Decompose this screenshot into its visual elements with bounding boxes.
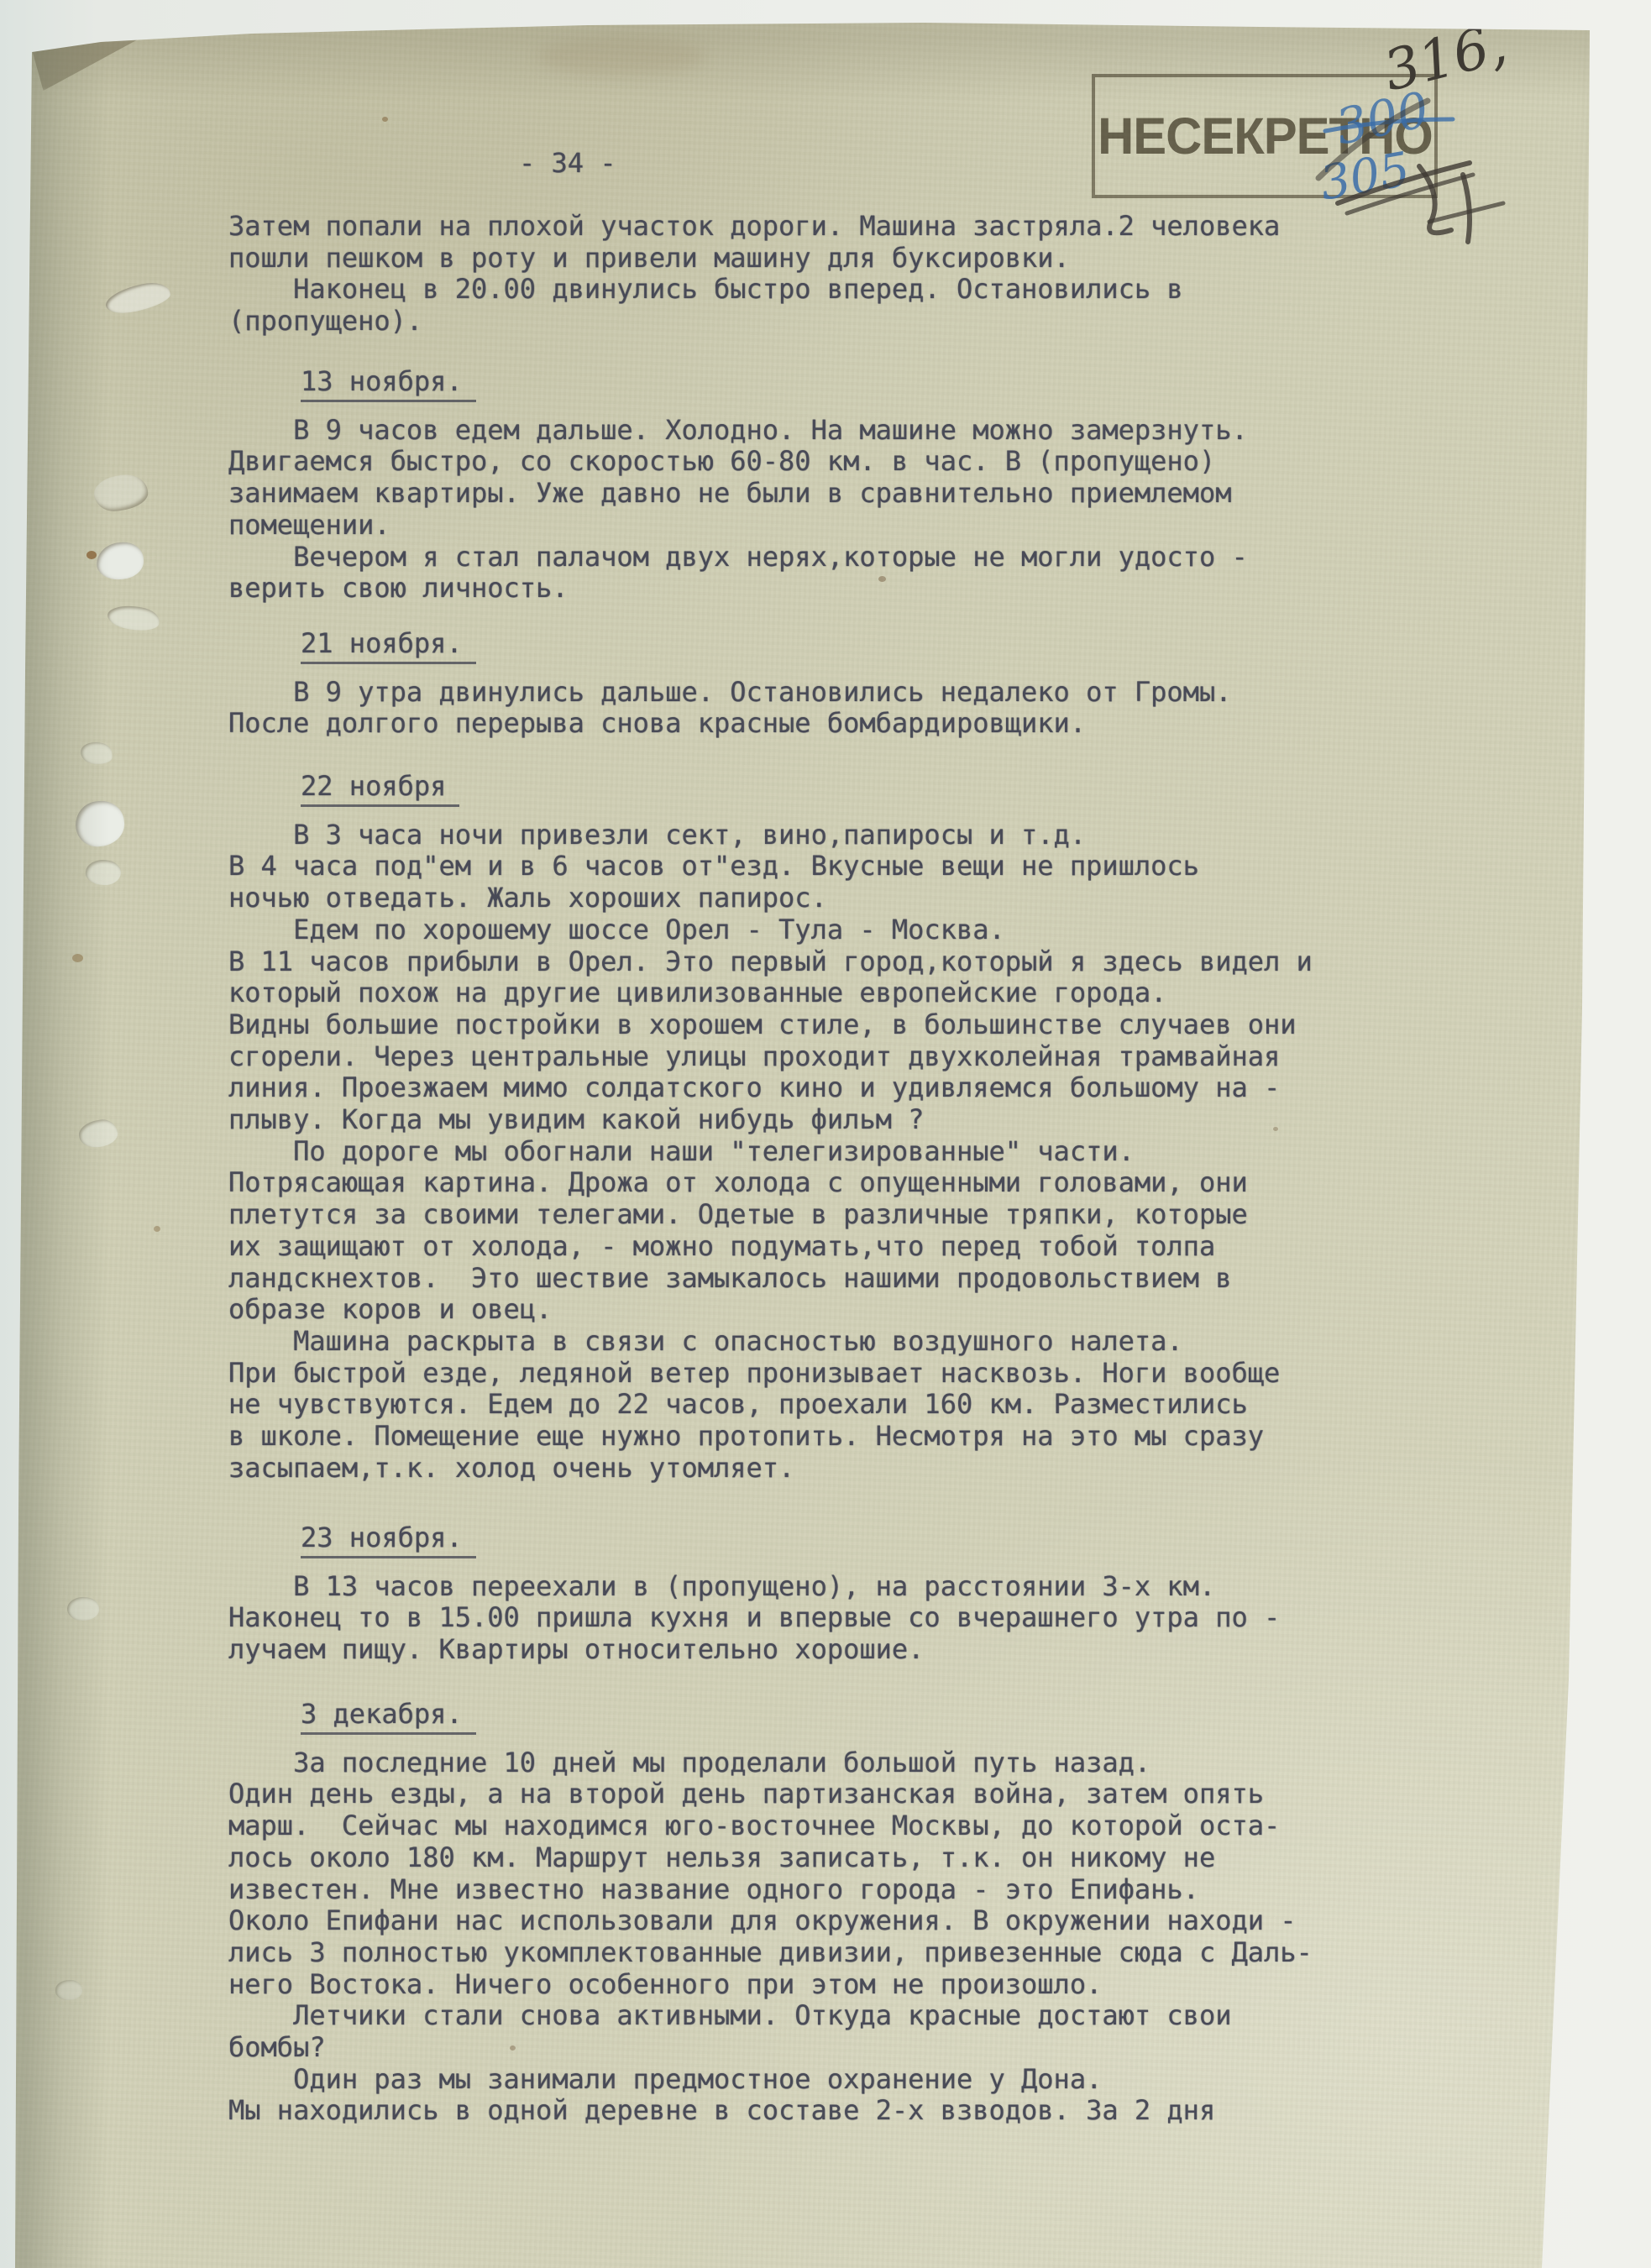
page-number: - 34 - (519, 148, 616, 180)
stain-speck (382, 117, 388, 122)
diary-entry-continuation: Затем попали на плохой участок дороги. М… (228, 211, 1404, 338)
unclassified-stamp: НЕСЕКРЕТНО (1092, 74, 1438, 198)
entry-text: Затем попали на плохой участок дороги. М… (228, 211, 1404, 338)
diary-entry-nov-21: 21 ноября. В 9 утра двинулись дальше. Ос… (228, 628, 1404, 740)
stain-smudge (537, 37, 705, 76)
unclassified-stamp-text: НЕСЕКРЕТНО (1098, 107, 1433, 165)
diary-entry-dec-3: 3 декабря. За последние 10 дней мы проде… (228, 1699, 1404, 2127)
entry-date-heading: 21 ноября. (301, 628, 476, 664)
paper-hole (106, 602, 161, 633)
paper-hole (92, 473, 149, 513)
entry-date-heading: 3 декабря. (301, 1699, 476, 1735)
paper-hole (66, 1596, 100, 1622)
scanned-document-page: { "scan": { "stamp_text": "НЕСЕКРЕТНО", … (0, 0, 1651, 2268)
entry-date-heading: 13 ноября. (301, 366, 476, 402)
entry-date-heading: 22 ноября (301, 771, 459, 807)
paper-hole (74, 799, 126, 849)
stain-speck (202, 24, 216, 34)
entry-text: За последние 10 дней мы проделали большо… (228, 1747, 1404, 2127)
entry-text: В 9 часов едем дальше. Холодно. На машин… (228, 415, 1404, 605)
diary-entry-nov-22: 22 ноября В 3 часа ночи привезли сект, в… (228, 771, 1404, 1484)
diary-entry-nov-13: 13 ноября. В 9 часов едем дальше. Холодн… (228, 366, 1404, 605)
paper-hole (85, 858, 122, 887)
paper-hole (55, 1980, 82, 2000)
entry-text: В 9 утра двинулись дальше. Остановились … (228, 677, 1404, 740)
stain-speck (86, 551, 97, 559)
paper-hole (96, 541, 145, 581)
diary-entry-nov-23: 23 ноября. В 13 часов переехали в (пропу… (228, 1522, 1404, 1666)
paper-hole (80, 741, 114, 766)
stain-speck (154, 1226, 160, 1232)
entry-date-heading: 23 ноября. (301, 1522, 476, 1558)
entry-text: В 13 часов переехали в (пропущено), на р… (228, 1571, 1404, 1666)
stain-speck (72, 954, 83, 962)
torn-corner-shadow (30, 39, 139, 91)
paper-hole (77, 1118, 119, 1150)
paper-sheet: - 34 - Затем попали на плохой участок до… (0, 0, 1651, 2268)
entry-text: В 3 часа ночи привезли сект, вино,папиро… (228, 820, 1404, 1485)
paper-hole (103, 279, 173, 318)
